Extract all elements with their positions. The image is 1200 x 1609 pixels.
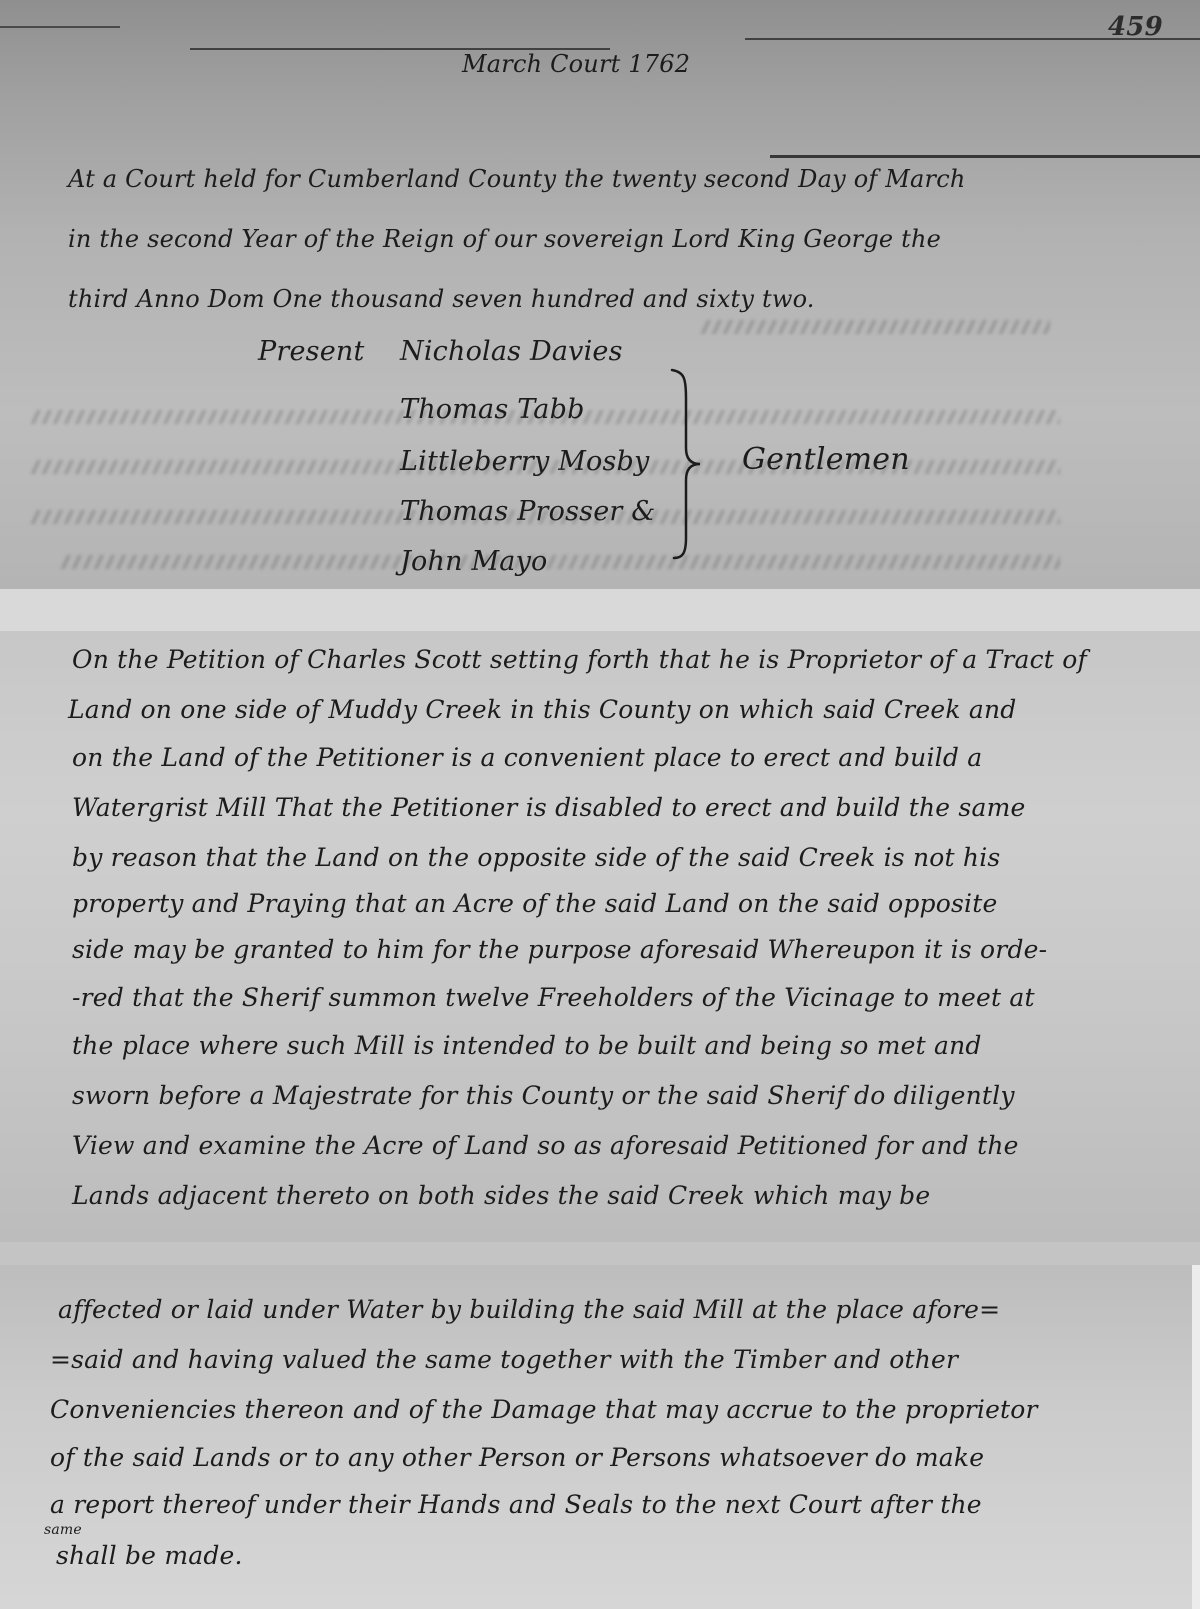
petition-line: -red that the Sherif summon twelve Freeh… bbox=[72, 983, 1035, 1012]
opening-line: in the second Year of the Reign of our s… bbox=[68, 225, 941, 253]
gentlemen-label: Gentlemen bbox=[742, 442, 910, 477]
petition-line: sworn before a Majestrate for this Count… bbox=[72, 1081, 1015, 1110]
petition-line: Land on one side of Muddy Creek in this … bbox=[68, 695, 1016, 724]
bleed-through bbox=[60, 555, 1060, 569]
present-label: Present bbox=[258, 336, 365, 367]
continuation-line: Conveniencies thereon and of the Damage … bbox=[50, 1395, 1038, 1424]
continuation-line: =said and having valued the same togethe… bbox=[50, 1345, 958, 1374]
curly-brace-icon bbox=[670, 368, 710, 560]
petition-line: property and Praying that an Acre of the… bbox=[72, 889, 997, 918]
continuation-line: of the said Lands or to any other Person… bbox=[50, 1443, 984, 1472]
continuation-line: shall be made. bbox=[56, 1541, 243, 1570]
continuation-line: a report thereof under their Hands and S… bbox=[50, 1490, 982, 1519]
justice-name: Nicholas Davies bbox=[400, 336, 623, 367]
petition-line: the place where such Mill is intended to… bbox=[72, 1031, 982, 1060]
opening-line: third Anno Dom One thousand seven hundre… bbox=[68, 285, 815, 313]
justice-name: Littleberry Mosby bbox=[400, 446, 650, 477]
page-bottom-panel: affected or laid under Water by building… bbox=[0, 1265, 1200, 1609]
continuation-line: affected or laid under Water by building… bbox=[58, 1295, 1000, 1324]
court-heading: March Court 1762 bbox=[462, 50, 690, 78]
petition-line: Lands adjacent thereto on both sides the… bbox=[72, 1181, 930, 1210]
petition-line: On the Petition of Charles Scott setting… bbox=[72, 645, 1087, 674]
panel-separator bbox=[0, 1242, 1200, 1265]
petition-line: side may be granted to him for the purpo… bbox=[72, 935, 1047, 964]
petition-line: Watergrist Mill That the Petitioner is d… bbox=[72, 793, 1025, 822]
page-number: 459 bbox=[1108, 12, 1163, 42]
insertion-note: same bbox=[44, 1522, 82, 1538]
opening-line: At a Court held for Cumberland County th… bbox=[68, 165, 966, 193]
petition-line: on the Land of the Petitioner is a conve… bbox=[72, 743, 982, 772]
justice-name: John Mayo bbox=[400, 546, 548, 577]
ruling-line bbox=[770, 155, 1200, 158]
justice-name: Thomas Prosser & bbox=[400, 496, 656, 527]
panel-separator bbox=[0, 589, 1200, 631]
justice-name: Thomas Tabb bbox=[400, 394, 585, 425]
ruling-line bbox=[0, 26, 120, 28]
page-middle-panel: On the Petition of Charles Scott setting… bbox=[0, 631, 1200, 1242]
bleed-through bbox=[700, 320, 1050, 334]
petition-line: by reason that the Land on the opposite … bbox=[72, 843, 1000, 872]
page-top-panel: 459 March Court 1762 At a Court held for… bbox=[0, 0, 1200, 589]
petition-line: View and examine the Acre of Land so as … bbox=[72, 1131, 1019, 1160]
